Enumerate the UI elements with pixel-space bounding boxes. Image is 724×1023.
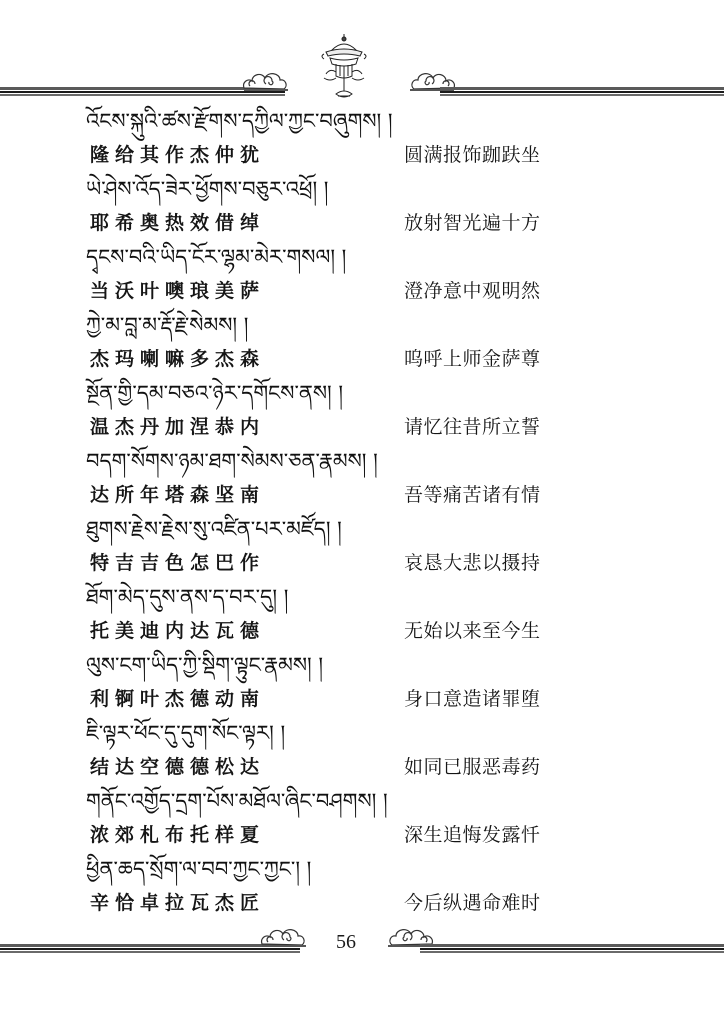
phonetic-line: 耶希奥热效借绰 bbox=[90, 206, 265, 240]
chinese-translation: 吾等痛苦诸有情 bbox=[404, 478, 541, 512]
verse-row: 温杰丹加涅恭内 请忆往昔所立誓 bbox=[86, 410, 586, 444]
phonetic-line: 当沃叶噢琅美萨 bbox=[90, 274, 265, 308]
phonetic-line: 温杰丹加涅恭内 bbox=[90, 410, 265, 444]
verse-row: 结达空德德松达 如同已服恶毒药 bbox=[86, 750, 586, 784]
chinese-translation: 今后纵遇命难时 bbox=[404, 886, 541, 920]
verse-row: 利锕叶杰德动南 身口意造诸罪堕 bbox=[86, 682, 586, 716]
chinese-translation: 哀恳大悲以摄持 bbox=[404, 546, 541, 580]
phonetic-line: 杰玛喇嘛多杰森 bbox=[90, 342, 265, 376]
phonetic-line: 结达空德德松达 bbox=[90, 750, 265, 784]
cloud-scroll-icon bbox=[240, 68, 290, 94]
tibetan-line: ཀྱེ་མ་བླ་མ་རྡོ་རྗེ་སེམས། ། bbox=[86, 308, 586, 342]
chinese-translation: 呜呼上师金萨尊 bbox=[404, 342, 541, 376]
chinese-translation: 深生追悔发露忏 bbox=[404, 818, 541, 852]
verse-row: 当沃叶噢琅美萨 澄净意中观明然 bbox=[86, 274, 586, 308]
chinese-translation: 澄净意中观明然 bbox=[404, 274, 541, 308]
verse-row: 托美迪内达瓦德 无始以来至今生 bbox=[86, 614, 586, 648]
tibetan-line: ཡེ་ཤེས་འོད་ཟེར་ཕྱོགས་བཅུར་འཕྲོ། ། bbox=[86, 172, 586, 206]
verse-block: འོངས་སྐུའི་ཚས་རྫོགས་དཀྱིལ་ཀྱང་བཞུགས། ། 隆… bbox=[86, 104, 586, 920]
chinese-translation: 请忆往昔所立誓 bbox=[404, 410, 541, 444]
footer-rule-right bbox=[420, 944, 724, 954]
chinese-translation: 身口意造诸罪堕 bbox=[404, 682, 541, 716]
verse-row: 辛恰卓拉瓦杰匠 今后纵遇命难时 bbox=[86, 886, 586, 920]
phonetic-line: 达所年塔森坚南 bbox=[90, 478, 265, 512]
phonetic-line: 托美迪内达瓦德 bbox=[90, 614, 265, 648]
verse-row: 隆给其作杰仲犹 圆满报饰跏趺坐 bbox=[86, 138, 586, 172]
verse-row: 杰玛喇嘛多杰森 呜呼上师金萨尊 bbox=[86, 342, 586, 376]
phonetic-line: 特吉吉色怎巴作 bbox=[90, 546, 265, 580]
chinese-translation: 如同已服恶毒药 bbox=[404, 750, 541, 784]
tibetan-line: ལུས་ངག་ཡིད་ཀྱི་སྡིག་ལྟུང་རྣམས། ། bbox=[86, 648, 586, 682]
chinese-translation: 无始以来至今生 bbox=[404, 614, 541, 648]
verse-row: 耶希奥热效借绰 放射智光遍十方 bbox=[86, 206, 586, 240]
chinese-translation: 放射智光遍十方 bbox=[404, 206, 541, 240]
page-number: 56 bbox=[334, 931, 358, 954]
cloud-scroll-icon bbox=[258, 924, 308, 950]
verse-row: 浓郊札布托样夏 深生追悔发露忏 bbox=[86, 818, 586, 852]
tibetan-line: བདག་སོགས་ཉམ་ཐག་སེམས་ཅན་རྣམས། ། bbox=[86, 444, 586, 478]
phonetic-line: 利锕叶杰德动南 bbox=[90, 682, 265, 716]
header-rule-right bbox=[440, 87, 724, 97]
tibetan-line: ཐོག་མེད་དུས་ནས་ད་བར་དུ། ། bbox=[86, 580, 586, 614]
tibetan-line: ཐུགས་རྗེས་རྗེས་སུ་འཛིན་པར་མཛོད། ། bbox=[86, 512, 586, 546]
opening-tibetan-line: འོངས་སྐུའི་ཚས་རྫོགས་དཀྱིལ་ཀྱང་བཞུགས། ། bbox=[86, 104, 586, 138]
tibetan-line: སྔོན་གྱི་དམ་བཅའ་ཉེར་དགོངས་ནས། ། bbox=[86, 376, 586, 410]
verse-row: 特吉吉色怎巴作 哀恳大悲以摄持 bbox=[86, 546, 586, 580]
phonetic-line: 辛恰卓拉瓦杰匠 bbox=[90, 886, 265, 920]
phonetic-line: 浓郊札布托样夏 bbox=[90, 818, 265, 852]
verse-row: 达所年塔森坚南 吾等痛苦诸有情 bbox=[86, 478, 586, 512]
victory-banner-emblem-icon bbox=[318, 32, 370, 102]
tibetan-line: ཇི་ལྟར་ཕོང་དུ་དུག་སོང་ལྟར། ། bbox=[86, 716, 586, 750]
tibetan-line: ཕྱིན་ཆད་སྲོག་ལ་བབ་ཀྱང་ཀྱང་། ། bbox=[86, 852, 586, 886]
chinese-translation: 圆满报饰跏趺坐 bbox=[404, 138, 541, 172]
footer-rule-left bbox=[0, 944, 300, 954]
phonetic-line: 隆给其作杰仲犹 bbox=[90, 138, 265, 172]
tibetan-line: དྭངས་བའི་ཡིད་ངོར་ལྷམ་མེར་གསལ། ། bbox=[86, 240, 586, 274]
tibetan-line: གནོང་འགྱོད་དྲག་པོས་མཐོལ་ཞིང་བཤགས། ། bbox=[86, 784, 586, 818]
